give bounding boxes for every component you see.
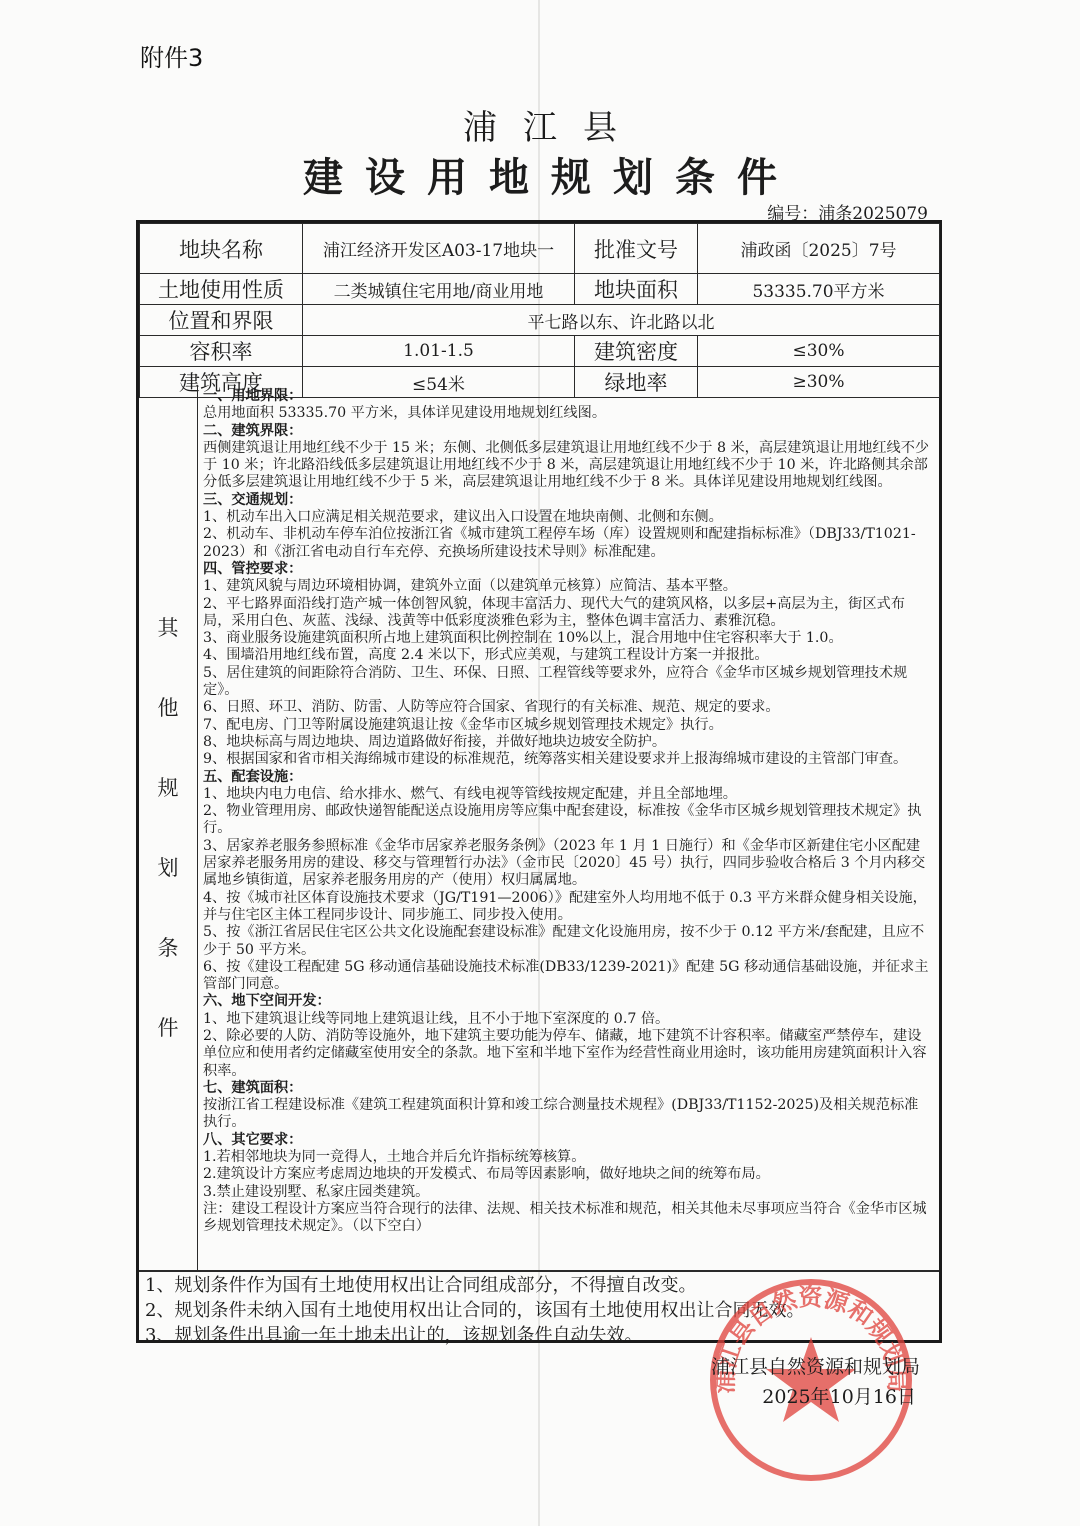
area-value: 53335.70平方米: [698, 274, 940, 305]
section-heading: 五、配套设施：: [203, 769, 931, 786]
approval-no-value: 浦政函〔2025〕7号: [698, 224, 940, 274]
land-use-label: 土地使用性质: [140, 274, 303, 305]
table-row: 位置和界限 平七路以东、许北路以北: [140, 305, 940, 336]
list-item: 3.禁止建设别墅、私家庄园类建筑。: [203, 1184, 931, 1201]
section-heading: 八、其它要求：: [203, 1132, 931, 1149]
section-heading: 六、地下空间开发：: [203, 993, 931, 1010]
note: 注：建设工程设计方案应当符合现行的法律、法规、相关技术标准和规范，相关其他未尽事…: [203, 1201, 931, 1236]
issuer-name: 浦江县自然资源和规划局: [711, 1352, 920, 1382]
area-label: 地块面积: [575, 274, 698, 305]
paragraph: 西侧建筑退让用地红线不少于 15 米；东侧、北侧低多层建筑退让用地红线不少于 8…: [203, 440, 931, 492]
section-heading: 四、管控要求：: [203, 561, 931, 578]
list-item: 2.建筑设计方案应考虑周边地块的开发模式、布局等因素影响，做好地块之间的统筹布局…: [203, 1166, 931, 1183]
conditions-form: 地块名称 浦江经济开发区A03-17地块一 批准文号 浦政函〔2025〕7号 土…: [136, 220, 942, 1343]
label-char: 划: [158, 828, 179, 908]
location-value: 平七路以东、许北路以北: [303, 305, 940, 336]
list-item: 2、除必要的人防、消防等设施外，地下建筑主要功能为停车、储藏，地下建筑不计容积率…: [203, 1028, 931, 1080]
list-item: 3、商业服务设施建筑面积所占地上建筑面积比例控制在 10%以上，混合用地中住宅容…: [203, 630, 931, 647]
section-heading: 三、交通规划：: [203, 492, 931, 509]
attachment-label: 附件3: [140, 38, 203, 73]
list-item: 1.若相邻地块为同一竞得人，土地合并后允许指标统筹核算。: [203, 1149, 931, 1166]
signature-block: 浦江县自然资源和规划局 2025年10月16日: [711, 1352, 920, 1412]
list-item: 2、平七路界面沿线打造产城一体创智风貌，体现丰富活力、现代大气的建筑风格，以多层…: [203, 596, 931, 631]
approval-no-label: 批准文号: [575, 224, 698, 274]
document-title: 建设用地规划条件: [0, 146, 1080, 203]
list-item: 1、机动车出入口应满足相关规范要求，建议出入口设置在地块南侧、北侧和东侧。: [203, 509, 931, 526]
far-value: 1.01-1.5: [303, 336, 575, 367]
paragraph: 总用地面积 53335.70 平方米，具体详见建设用地规划红线图。: [203, 405, 931, 422]
paragraph: 按浙江省工程建设标准《建筑工程建筑面积计算和竣工综合测量技术规程》(DBJ33/…: [203, 1097, 931, 1132]
list-item: 6、日照、环卫、消防、防雷、人防等应符合国家、省现行的有关标准、规范、规定的要求…: [203, 699, 931, 716]
label-char: 规: [158, 748, 179, 828]
other-conditions-body: 一、用地界限： 总用地面积 53335.70 平方米，具体详见建设用地规划红线图…: [203, 388, 931, 1236]
label-char: 条: [158, 908, 179, 988]
table-row: 容积率 1.01-1.5 建筑密度 ≤30%: [140, 336, 940, 367]
section-heading: 七、建筑面积：: [203, 1080, 931, 1097]
list-item: 1、地块内电力电信、给水排水、燃气、有线电视等管线按规定配建，并且全部地埋。: [203, 786, 931, 803]
other-conditions-section: 其 他 规 划 条 件 一、用地界限： 总用地面积 53335.70 平方米，具…: [139, 386, 939, 1272]
list-item: 4、按《城市社区体育设施技术要求（JG/T191—2006）》配建室外人均用地不…: [203, 890, 931, 925]
plot-name-value: 浦江经济开发区A03-17地块一: [303, 224, 575, 274]
label-char: 件: [158, 988, 179, 1068]
far-label: 容积率: [140, 336, 303, 367]
issue-date: 2025年10月16日: [711, 1382, 920, 1412]
list-item: 2、机动车、非机动车停车泊位按浙江省《城市建筑工程停车场（库）设置规则和配建指标…: [203, 526, 931, 561]
list-item: 2、物业管理用房、邮政快递智能配送点设施用房等应集中配套建设，标准按《金华市区城…: [203, 803, 931, 838]
list-item: 1、建筑风貌与周边环境相协调，建筑外立面（以建筑单元核算）应简洁、基本平整。: [203, 578, 931, 595]
land-use-value: 二类城镇住宅用地/商业用地: [303, 274, 575, 305]
list-item: 5、按《浙江省居民住宅区公共文化设施配套建设标准》配建文化设施用房，按不少于 0…: [203, 924, 931, 959]
list-item: 8、地块标高与周边地块、周边道路做好衔接，并做好地块边坡安全防护。: [203, 734, 931, 751]
location-label: 位置和界限: [140, 305, 303, 336]
table-row: 土地使用性质 二类城镇住宅用地/商业用地 地块面积 53335.70平方米: [140, 274, 940, 305]
other-conditions-label: 其 他 规 划 条 件: [139, 386, 198, 1270]
list-item: 4、围墙沿用地红线布置，高度 2.4 米以下，形式应美观，与建筑工程设计方案一并…: [203, 647, 931, 664]
list-item: 7、配电房、门卫等附属设施建筑退让按《金华市区城乡规划管理技术规定》执行。: [203, 717, 931, 734]
list-item: 9、根据国家和省市相关海绵城市建设的标准规范，统筹落实相关建设要求并上报海绵城市…: [203, 751, 931, 768]
label-char: 他: [158, 668, 179, 748]
section-heading: 一、用地界限：: [203, 388, 931, 405]
label-char: 其: [158, 588, 179, 668]
plot-name-label: 地块名称: [140, 224, 303, 274]
list-item: 5、居住建筑的间距除符合消防、卫生、环保、日照、工程管线等要求外，应符合《金华市…: [203, 665, 931, 700]
section-heading: 二、建筑界限：: [203, 423, 931, 440]
density-label: 建筑密度: [575, 336, 698, 367]
title-county: 浦江县: [0, 100, 1080, 149]
list-item: 6、按《建设工程配建 5G 移动通信基础设施技术标准(DB33/1239-202…: [203, 959, 931, 994]
info-table: 地块名称 浦江经济开发区A03-17地块一 批准文号 浦政函〔2025〕7号 土…: [139, 223, 940, 398]
density-value: ≤30%: [698, 336, 940, 367]
list-item: 1、地下建筑退让线等同地上建筑退让线，且不小于地下室深度的 0.7 倍。: [203, 1011, 931, 1028]
list-item: 3、居家养老服务参照标准《金华市居家养老服务条例》（2023 年 1 月 1 日…: [203, 838, 931, 890]
table-row: 地块名称 浦江经济开发区A03-17地块一 批准文号 浦政函〔2025〕7号: [140, 224, 940, 274]
